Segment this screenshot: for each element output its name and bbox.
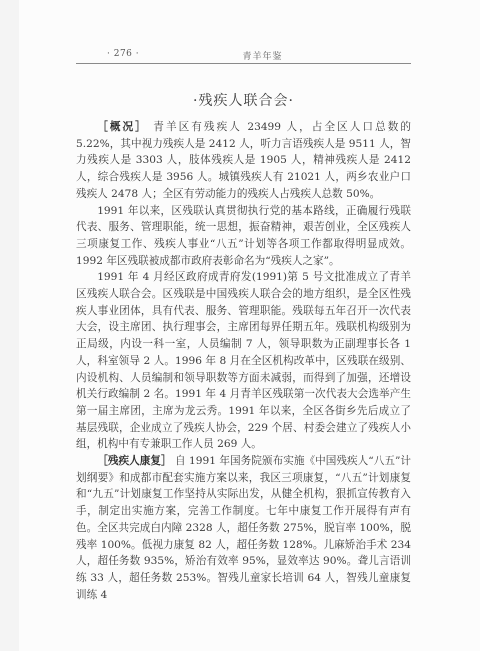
paragraph-rehabilitation: ［残疾人康复］ 自 1991 年国务院颁布实施《中国残疾人“八五”计划纲要》和成… [76, 453, 411, 603]
paragraph-achievements: 1991 年以来，区残联认真贯彻执行党的基本路线，正确履行残联代表、服务、管理职… [76, 203, 411, 270]
paragraph-text: 自 1991 年国务院颁布实施《中国残疾人“八五”计划纲要》和成都市配套实施方案… [76, 455, 411, 601]
body-text: ［概况］ 青羊区有残疾人 23499 人，占全区人口总数的 5.22%，其中视力… [76, 119, 411, 603]
running-header: · 276 · 青羊年鉴 [95, 45, 430, 63]
paragraph-organization: 1991 年 4 月经区政府成青府发(1991)第 5 号文批准成立了青羊区残疾… [76, 269, 411, 453]
header-rule [76, 63, 411, 64]
paragraph-label-rehabilitation: ［残疾人康复］ [97, 455, 171, 467]
book-title: 青羊年鉴 [95, 49, 430, 62]
section-title: ·残疾人联合会· [76, 90, 411, 110]
paragraph-text: 1991 年 4 月经区政府成青府发(1991)第 5 号文批准成立了青羊区残疾… [76, 271, 411, 450]
paragraph-label-overview: ［概况］ [97, 121, 148, 133]
paragraph-text: 1991 年以来，区残联认真贯彻执行党的基本路线，正确履行残联代表、服务、管理职… [76, 205, 411, 267]
paragraph-overview: ［概况］ 青羊区有残疾人 23499 人，占全区人口总数的 5.22%，其中视力… [76, 119, 411, 203]
